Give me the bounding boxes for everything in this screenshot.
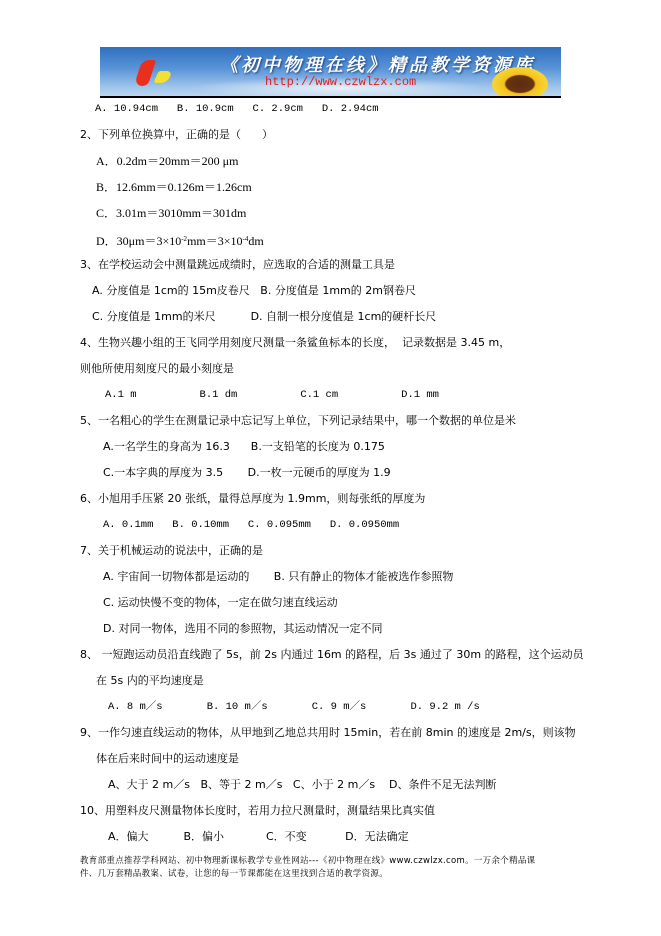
q4-stem-2: 则他所使用刻度尺的最小刻度是 xyxy=(80,362,234,376)
q2-option-c: C．3.01m＝3010mm＝301dm xyxy=(96,206,246,220)
sunflower-icon xyxy=(492,67,548,96)
q9-stem-1: 9、一作匀速直线运动的物体，从甲地到乙地总共用时 15min，若在前 8min … xyxy=(80,726,576,740)
q2-option-d: D．30μm＝3×10-2mm＝3×10-4dm xyxy=(96,232,264,248)
q2-stem: 2、下列单位换算中，正确的是（ ） xyxy=(80,128,273,142)
q8-stem-1: 8、 一短跑运动员沿直线跑了 5s，前 2s 内通过 16m 的路程，后 3s … xyxy=(80,648,584,662)
q2-d-mid2: mm＝3×10 xyxy=(187,234,242,248)
q9-options: A、大于 2 m／s B、等于 2 m／s C、小于 2 m／s D、条件不足无… xyxy=(108,778,497,792)
q10-stem: 10、用塑料皮尺测量物体长度时，若用力拉尺测量时，测量结果比真实值 xyxy=(80,804,435,818)
q7-stem: 7、关于机械运动的说法中，正确的是 xyxy=(80,544,263,558)
q4-options: A.1 m B.1 dm C.1 cm D.1 mm xyxy=(105,388,439,402)
q2-d-end: dm xyxy=(248,234,263,248)
banner-title: 《初中物理在线》精品教学资源库 xyxy=(220,51,535,77)
q10-options: A．偏大 B．偏小 C．不变 D．无法确定 xyxy=(108,830,409,844)
q1-options: A. 10.94cm B. 10.9cm C. 2.9cm D. 2.94cm xyxy=(95,102,379,116)
q8-stem-2: 在 5s 内的平均速度是 xyxy=(96,674,204,688)
q3-stem: 3、在学校运动会中测量跳远成绩时，应选取的合适的测量工具是 xyxy=(80,258,395,272)
q3-options-cd: C. 分度值是 1mm的米尺 D. 自制一根分度值是 1cm的硬杆长尺 xyxy=(92,310,436,324)
q5-options-cd: C.一本字典的厚度为 3.5 D.一枚一元硬币的厚度为 1.9 xyxy=(103,466,391,480)
banner-divider xyxy=(100,96,561,98)
q6-stem: 6、小旭用手压紧 20 张纸，量得总厚度为 1.9mm，则每张纸的厚度为 xyxy=(80,492,425,506)
q5-options-ab: A.一名学生的身高为 16.3 B.一支铅笔的长度为 0.175 xyxy=(103,440,385,454)
q2-d-pre: D．30 xyxy=(96,234,129,248)
q2-option-b: B．12.6mm＝0.126m＝1.26cm xyxy=(96,180,252,194)
q5-stem: 5、一名粗心的学生在测量记录中忘记写上单位，下列记录结果中，哪一个数据的单位是米 xyxy=(80,414,516,428)
q2-a-unit: μm xyxy=(223,154,239,168)
q9-stem-2: 体在后来时间中的运动速度是 xyxy=(96,752,239,766)
footer-line-2: 件、几万套精品教案、试卷，让您的每一节课都能在这里找到合适的教学资源。 xyxy=(80,869,388,880)
logo-icon-accent xyxy=(153,71,173,83)
q7-options-ab: A. 宇宙间一切物体都是运动的 B. 只有静止的物体才能被选作参照物 xyxy=(103,570,453,584)
site-banner: 《初中物理在线》精品教学资源库 http://www.czwlzx.com xyxy=(100,47,561,96)
footer-line-1: 教育部重点推荐学科网站、初中物理新课标教学专业性网站---《初中物理在线》www… xyxy=(80,856,535,867)
q6-options: A. 0.1mm B. 0.10mm C. 0.095mm D. 0.0950m… xyxy=(103,518,399,532)
q8-options: A. 8 m／s B. 10 m／s C. 9 m／s D. 9.2 m /s xyxy=(108,700,480,714)
logo-icon xyxy=(134,60,156,86)
banner-url[interactable]: http://www.czwlzx.com xyxy=(265,75,416,89)
q3-options-ab: A. 分度值是 1cm的 15m皮卷尺 B. 分度值是 1mm的 2m钢卷尺 xyxy=(92,284,416,298)
q7-option-c: C. 运动快慢不变的物体，一定在做匀速直线运动 xyxy=(103,596,338,610)
q7-option-d: D. 对同一物体，选用不同的参照物，其运动情况一定不同 xyxy=(103,622,382,636)
q2-option-a: A．0.2dm＝20mm＝200 μm xyxy=(96,154,238,168)
q2-a-text: A．0.2dm＝20mm＝200 xyxy=(96,154,220,168)
q4-stem-1: 4、生物兴趣小组的王飞同学用刻度尺测量一条鲨鱼标本的长度， 记录数据是 3.45… xyxy=(80,336,510,350)
q2-d-mid1: μm＝3×10 xyxy=(129,234,182,248)
